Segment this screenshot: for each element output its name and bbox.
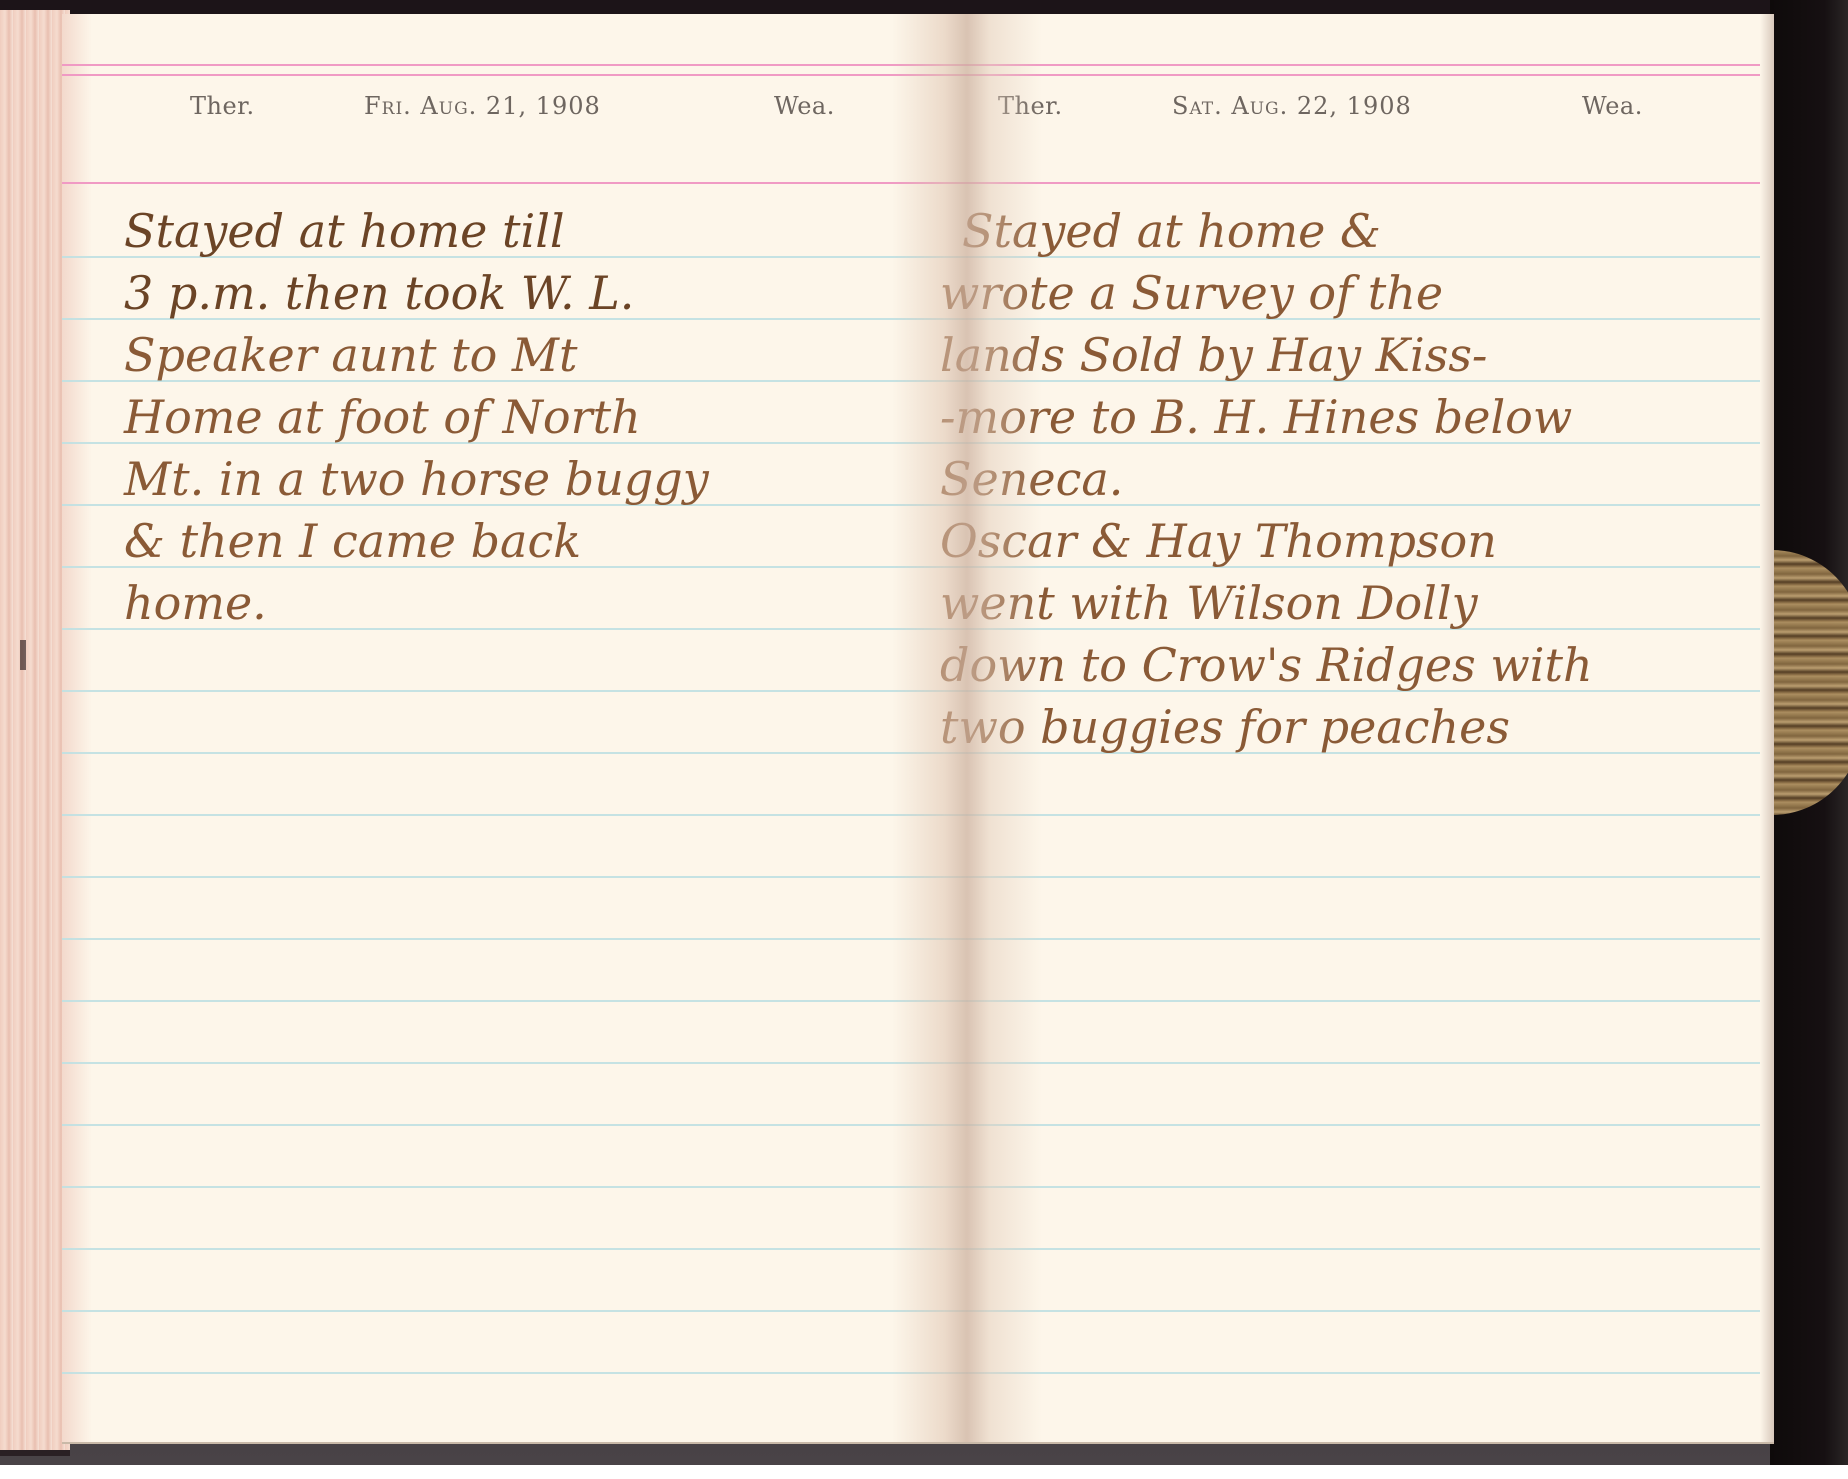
left-entry-line: Stayed at home till bbox=[124, 200, 565, 262]
right-wea-label: Wea. bbox=[1582, 92, 1643, 120]
page-edge-shade bbox=[62, 14, 92, 1442]
left-entry-line: Home at foot of North bbox=[124, 386, 641, 448]
left-entry-line: 3 p.m. then took W. L. bbox=[124, 262, 634, 324]
clasp-icon bbox=[1772, 550, 1848, 815]
left-entry-line: home. bbox=[124, 572, 267, 634]
edge-mark bbox=[20, 640, 26, 670]
left-entry-line: Mt. in a two horse buggy bbox=[124, 448, 709, 510]
scan-margin bbox=[0, 1465, 1848, 1479]
left-entry-line: Speaker aunt to Mt bbox=[124, 324, 578, 386]
page-edges bbox=[0, 10, 70, 1456]
left-wea-label: Wea. bbox=[774, 92, 835, 120]
left-date-heading: Fri. Aug. 21, 1908 bbox=[364, 92, 601, 120]
page-edge-shade-right bbox=[1760, 14, 1774, 1442]
left-ther-label: Ther. bbox=[190, 92, 255, 120]
right-date-heading: Sat. Aug. 22, 1908 bbox=[1172, 92, 1412, 120]
left-entry-line: & then I came back bbox=[124, 510, 581, 572]
book-gutter bbox=[892, 14, 1042, 1442]
diary-spread: Ther. Fri. Aug. 21, 1908 Wea. Ther. Sat.… bbox=[62, 14, 1774, 1442]
